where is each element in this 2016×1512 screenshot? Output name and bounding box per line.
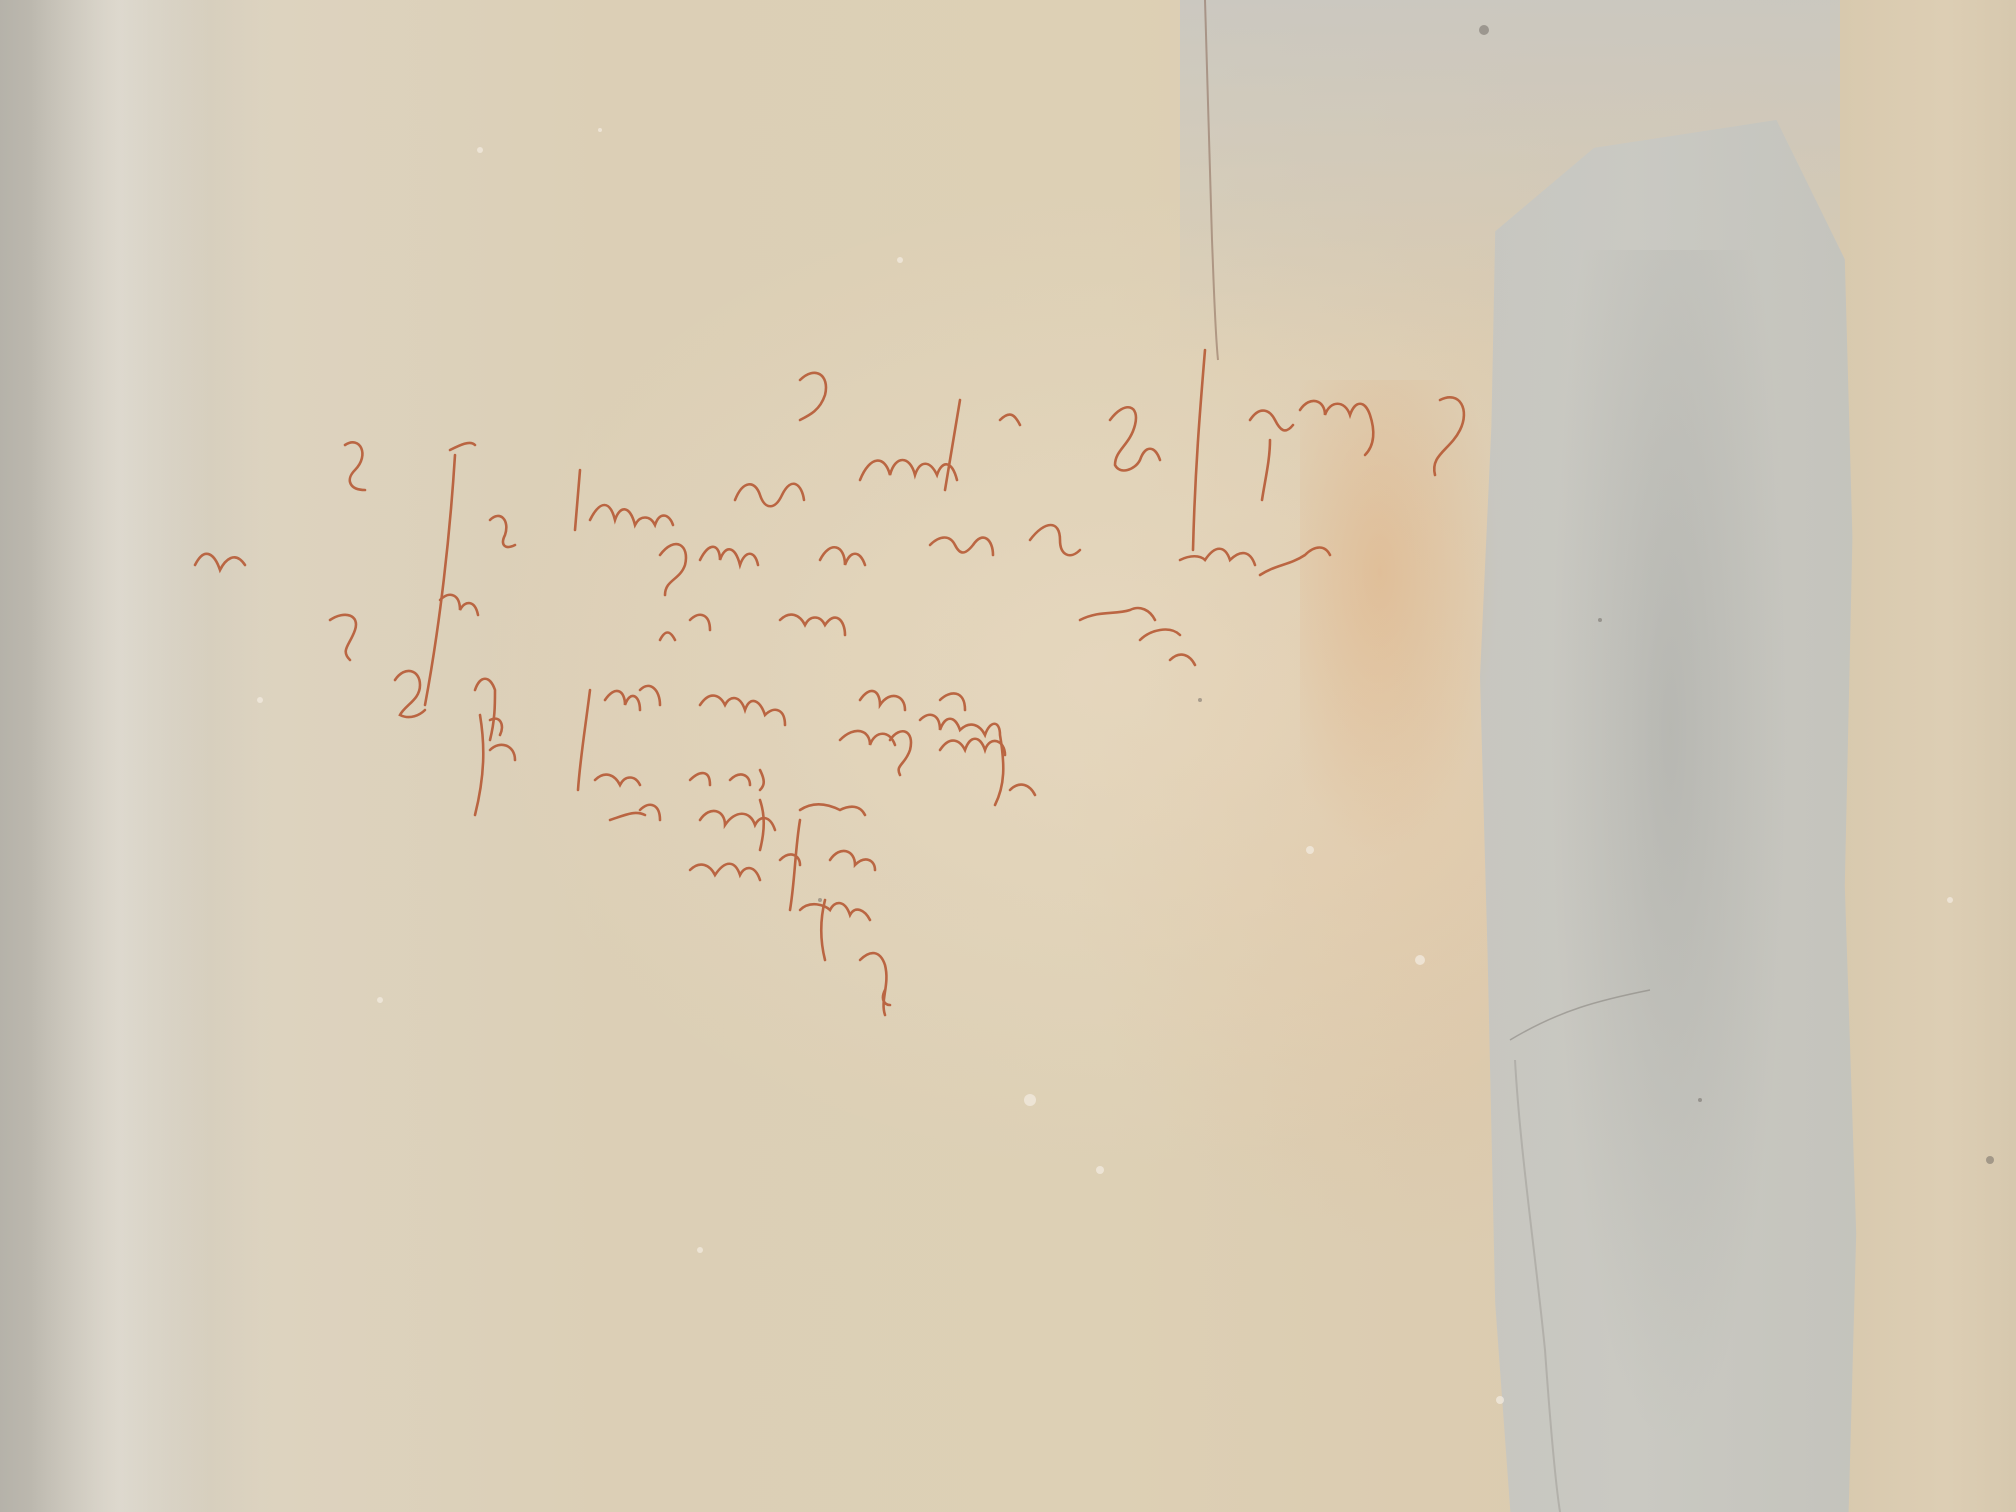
wall-photo xyxy=(0,0,2016,1512)
